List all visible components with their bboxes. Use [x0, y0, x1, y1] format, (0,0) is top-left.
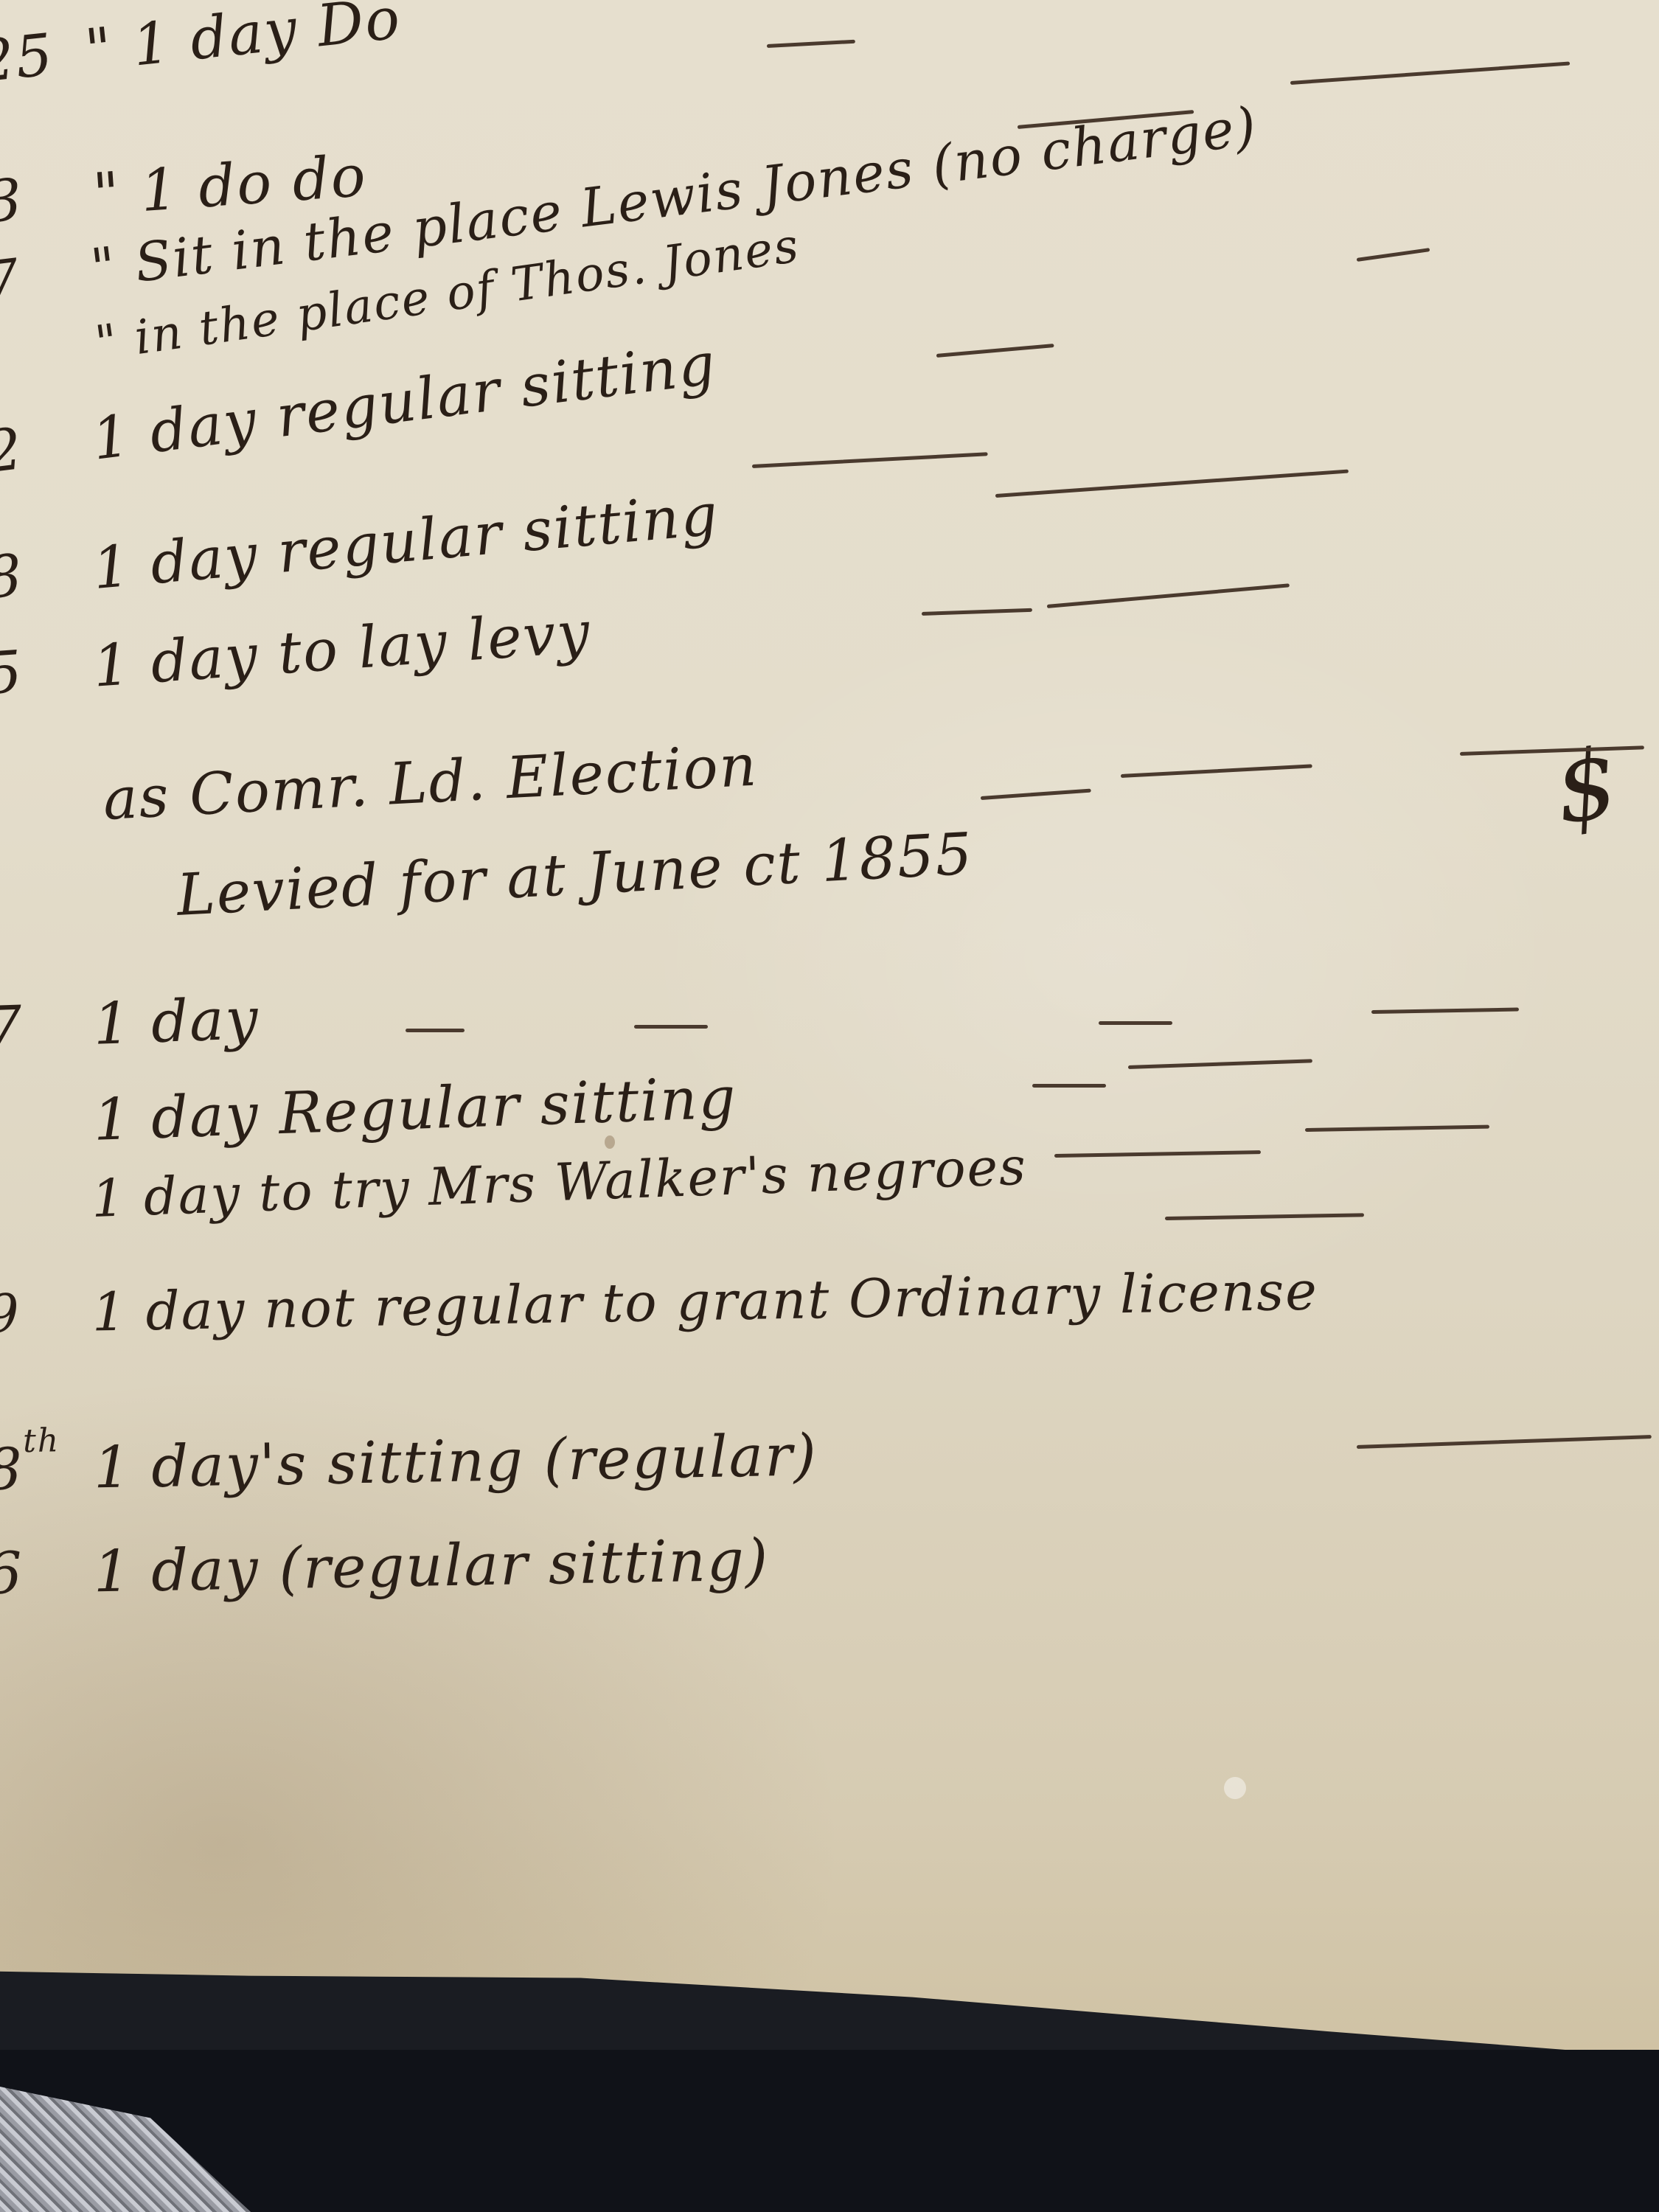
dollar-sign: $: [1548, 726, 1624, 846]
paper-stain: [605, 1135, 615, 1149]
ledger-entry: 8th 1 day's sitting (regular): [0, 1408, 818, 1503]
fill-line: [1305, 1125, 1489, 1132]
entry-date: 9: [0, 1281, 74, 1345]
fill-line: [936, 344, 1054, 358]
fill-line: [1165, 1213, 1364, 1220]
fill-line: [995, 470, 1349, 498]
ledger-entry: 25 " 1 day Do: [0, 0, 404, 96]
entry-text: 1 day to lay levy: [91, 599, 593, 700]
section-subheading: Levied for at June ct 1855: [175, 821, 975, 928]
entry-date: 3: [0, 164, 76, 236]
entry-text: 1 day Regular sitting: [92, 1065, 738, 1153]
entry-text: 1 day to try Mrs Walker's negroes: [91, 1136, 1028, 1229]
fill-line: [922, 608, 1032, 616]
entry-text: 1 day (regular sitting): [93, 1527, 770, 1605]
entry-date: 7: [0, 992, 74, 1062]
fill-line: [1054, 1150, 1261, 1158]
fill-line: [1371, 1008, 1519, 1014]
entry-note: (no charge): [928, 95, 1260, 196]
fill-line: [752, 452, 988, 468]
entry-text: 1 day not regular to grant Ordinary lice…: [91, 1259, 1318, 1343]
entry-date: 7: [0, 240, 77, 313]
ledger-page: 25 " 1 day Do 3 " 1 do do 7 " Sit in the…: [0, 0, 1659, 2138]
entry-text: 1 day Do: [130, 0, 405, 80]
entry-date: [0, 1217, 74, 1220]
entry-date: [0, 1141, 74, 1144]
fill-line: [1357, 248, 1430, 262]
fill-line: [1047, 583, 1290, 608]
entry-date: 25: [0, 21, 69, 96]
fill-line: [634, 1025, 708, 1029]
fill-line: [1290, 61, 1570, 84]
ditto-mark: ": [82, 15, 116, 84]
ditto-mark: ": [88, 234, 121, 299]
ledger-entry: 5 1 day to lay levy: [0, 599, 593, 708]
ledger-entry: 6 1 day (regular sitting): [0, 1527, 770, 1607]
fill-line: [1121, 764, 1312, 778]
entry-date: 6: [0, 1540, 74, 1607]
fill-line: [1357, 1435, 1652, 1449]
fill-line: [1032, 1084, 1106, 1088]
fill-line: [767, 40, 855, 48]
entry-date: 2: [0, 410, 77, 487]
entry-date: 5: [0, 636, 76, 708]
fill-line: [1099, 1021, 1172, 1025]
entry-text: 1 day's sitting (regular): [93, 1422, 818, 1501]
ditto-mark: ": [92, 314, 122, 372]
entry-date: 8: [0, 538, 76, 612]
fill-line: [406, 1029, 465, 1032]
entry-text: 1 day regular sitting: [90, 481, 721, 602]
dark-cloth-background: [0, 2050, 1659, 2212]
entry-date: 8th: [0, 1422, 74, 1503]
ledger-entry: 7 1 day: [0, 986, 260, 1062]
paper-stain: [1224, 1777, 1246, 1799]
ledger-entry: 1 day Regular sitting: [0, 1065, 738, 1158]
ledger-entry: 8 1 day regular sitting: [0, 481, 722, 612]
ditto-mark: ": [91, 160, 123, 228]
paper-stain: [118, 2006, 131, 2025]
section-heading: as Comr. Ld. Election: [102, 733, 759, 833]
fill-line: [1128, 1059, 1312, 1069]
entry-text: 1 day: [92, 986, 260, 1058]
ledger-entry: 9 1 day not regular to grant Ordinary li…: [0, 1259, 1318, 1345]
fill-line: [981, 789, 1091, 800]
